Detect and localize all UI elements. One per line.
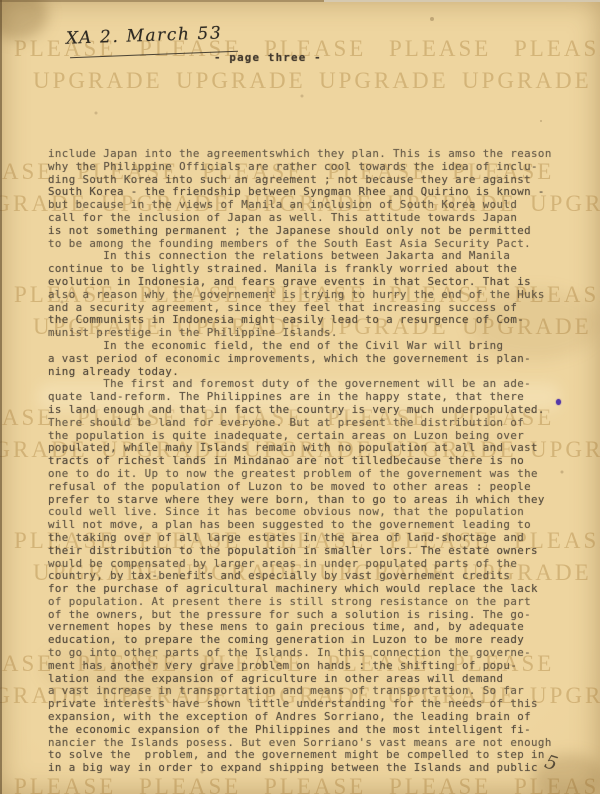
text-line: of population. At present there is still… [48, 596, 573, 609]
scanned-document-page: PLEASEPLEASEPLEASEPLEASEPLEASEUPGRADEUPG… [0, 0, 600, 794]
watermark-word: PLEASE [139, 774, 241, 794]
text-line: in a big way in order to expand shipping… [48, 762, 573, 775]
watermark-word: PLEASE [14, 774, 116, 794]
page-number-label: - page three - [214, 52, 322, 64]
text-line: refusal of the population of Luzon to be… [48, 481, 573, 494]
text-line: is land enough and that in fact the coun… [48, 404, 573, 417]
text-line: to go into other parts of the Islands. I… [48, 647, 573, 660]
watermark-word: PLEASE [389, 36, 491, 62]
text-line: the taking over of all large estates in … [48, 532, 573, 545]
text-line: why the Philippine Officials are rather … [48, 161, 573, 174]
watermark-word: PLEASE [0, 159, 54, 185]
text-line: one to do it. Up to now the greatest pro… [48, 468, 573, 481]
text-line: will not move, a plan has been suggested… [48, 519, 573, 532]
text-line: expansion, with the exception of Andres … [48, 711, 573, 724]
scan-edge-left [0, 0, 2, 794]
text-line: for the purchase of agricultural machine… [48, 583, 573, 596]
scan-edge-top-light [324, 0, 600, 2]
text-line: their distribution to the population in … [48, 545, 573, 558]
watermark-word: UPGRADE [462, 68, 592, 94]
watermark-word: UPGRADE [33, 68, 163, 94]
text-line: ment has another very grave problem on h… [48, 660, 573, 673]
watermark-row: UPGRADEUPGRADEUPGRADEUPGRADEUPGRADE [0, 68, 600, 96]
watermark-word: PLEASE [389, 774, 491, 794]
text-line: also a reason why the governement is try… [48, 289, 573, 302]
watermark-word: PLEASE [264, 774, 366, 794]
text-line: include Japan into the agreementswhich t… [48, 148, 573, 161]
text-line: a vast period of economic improvements, … [48, 353, 573, 366]
watermark-word: PLEASE [514, 36, 600, 62]
watermark-word: UPGRADE [176, 68, 306, 94]
text-line: evolution in Indonesia, and fears grave … [48, 276, 573, 289]
text-line: tracts of richest lands in Mindanao are … [48, 455, 573, 468]
watermark-row: PLEASEPLEASEPLEASEPLEASEPLEASE [0, 774, 600, 794]
typed-text-block: include Japan into the agreementswhich t… [48, 148, 573, 775]
ink-dot-mark [556, 399, 561, 405]
text-line: There should be land for everyone. But a… [48, 417, 573, 430]
text-line: the economic expansion of the Philippine… [48, 724, 573, 737]
text-line: In the economic field, the end of the Ci… [48, 340, 573, 353]
watermark-word: UPGRADE [319, 68, 449, 94]
text-line: is not something permanent ; the Japanes… [48, 225, 573, 238]
text-line: call for the inclusion of Japan as well.… [48, 212, 573, 225]
